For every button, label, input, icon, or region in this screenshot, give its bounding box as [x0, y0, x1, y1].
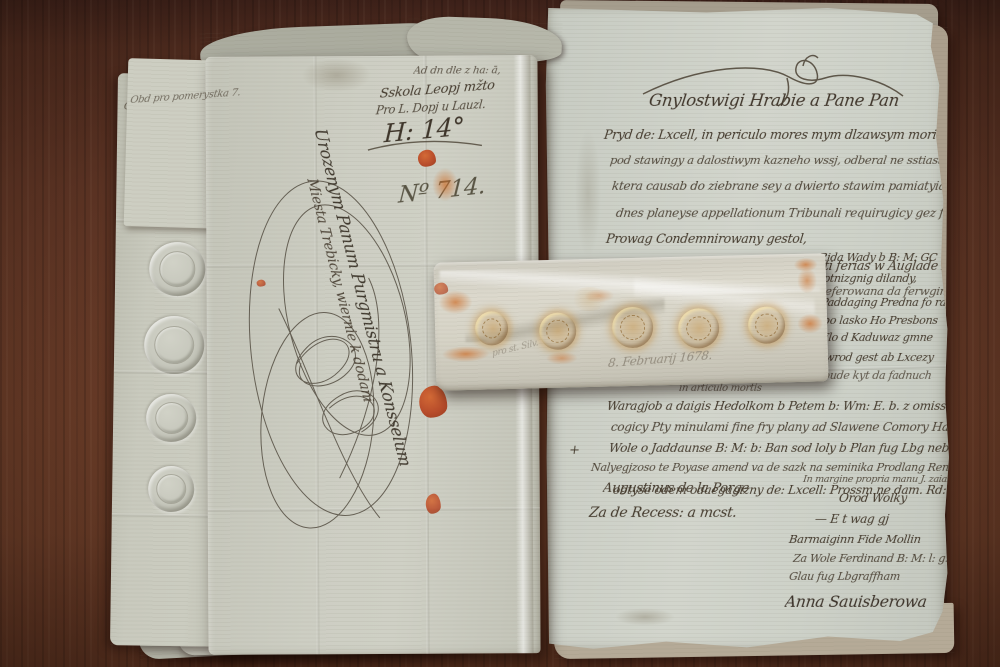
signature: Za Wole Ferdinand B: M: l: g: l:	[792, 552, 950, 567]
handwritten-line: ptnizgnig dilandy,	[822, 272, 950, 287]
docket-annotations: Ad dn dle z ha: ā, Sskola Leopj mžto Pro…	[373, 63, 548, 114]
gray-smudge	[301, 58, 371, 92]
page-smudge	[575, 128, 601, 258]
orange-stain	[432, 168, 458, 202]
page-smudge	[615, 608, 675, 626]
embossed-paper-seal	[149, 242, 206, 297]
red-wax-smear	[434, 282, 448, 294]
photograph-of-archival-documents: Gnylostwigi Hrabie a Pane Pane Pryd de: …	[0, 0, 1000, 667]
handwritten-line: Paddaging Predna fo ray	[820, 296, 950, 311]
embossed-paper-seal	[144, 316, 205, 375]
handwritten-line: cogicy Pty minulami fine fry plany ad Sl…	[610, 419, 950, 435]
margin-cross-mark: +	[568, 442, 581, 460]
handwritten-line: pod stawingy a dalostiwym kazneho wssj, …	[609, 153, 949, 169]
embossed-paper-seal	[146, 394, 197, 443]
handwritten-line: Flo d Kaduwaz gmne	[820, 331, 950, 346]
handwritten-line: Rida Wady b B: M: GC	[818, 251, 950, 266]
signature: Glau fug Lbgraffham	[788, 570, 950, 585]
handwritten-line: Prowag Condemnirowany gestol,	[605, 231, 949, 248]
red-wax-spot	[419, 386, 447, 418]
tiny-wax-fleck	[257, 280, 266, 287]
page-heading: Gnylostwigi Hrabie a Pane Pane	[648, 90, 901, 112]
orange-stain	[797, 313, 823, 334]
signature: Barmaiginn Fide Mollin	[788, 532, 950, 548]
side-column: Rida Wady b B: M: GC ptnizgnig dilandy, …	[817, 251, 949, 384]
gold-seal-band: pro st. Silv. 8. Februarij 1678.	[433, 253, 828, 391]
handwritten-line: bo lasko Ho Presbons	[822, 314, 950, 329]
handwritten-line: wrod gest ab Lxcezy	[824, 351, 950, 366]
handwritten-line: Pryd de: Lxcell, in periculo mores mym d…	[603, 127, 949, 144]
right-closing-initials: — E t wag gj	[814, 511, 890, 527]
right-closing-name: Orod Wolky	[838, 490, 908, 506]
handwritten-line: Wole o Jaddaunse B: M: b: Ban sod loly b…	[608, 440, 950, 456]
handwritten-line: dnes planeyse appellationum Tribunali re…	[615, 205, 949, 221]
handwritten-line: ktera causab do ziebrane sey a dwierto s…	[611, 178, 949, 194]
orange-stain	[546, 351, 578, 365]
right-closing-note: In margine propria manu J. zaiazal:	[802, 474, 950, 487]
red-wax-spot	[426, 494, 441, 514]
final-signature: Anna Sauisberowa	[784, 592, 951, 613]
signature-block: Barmaiginn Fide Mollin Za Wole Ferdinand…	[783, 532, 949, 613]
band-date-note: 8. Februarij 1678.	[607, 347, 713, 371]
left-closing: Za de Recess: a mcst.	[588, 504, 738, 523]
orange-stain	[442, 345, 490, 362]
handwritten-line: in articulo mortis	[678, 382, 950, 396]
handwritten-line: Waragjob a daigis Hedolkom b Petem b: Wm…	[606, 398, 950, 414]
embossed-paper-seal	[148, 466, 195, 513]
closing-name: Augustinus de la Porge	[602, 480, 750, 498]
